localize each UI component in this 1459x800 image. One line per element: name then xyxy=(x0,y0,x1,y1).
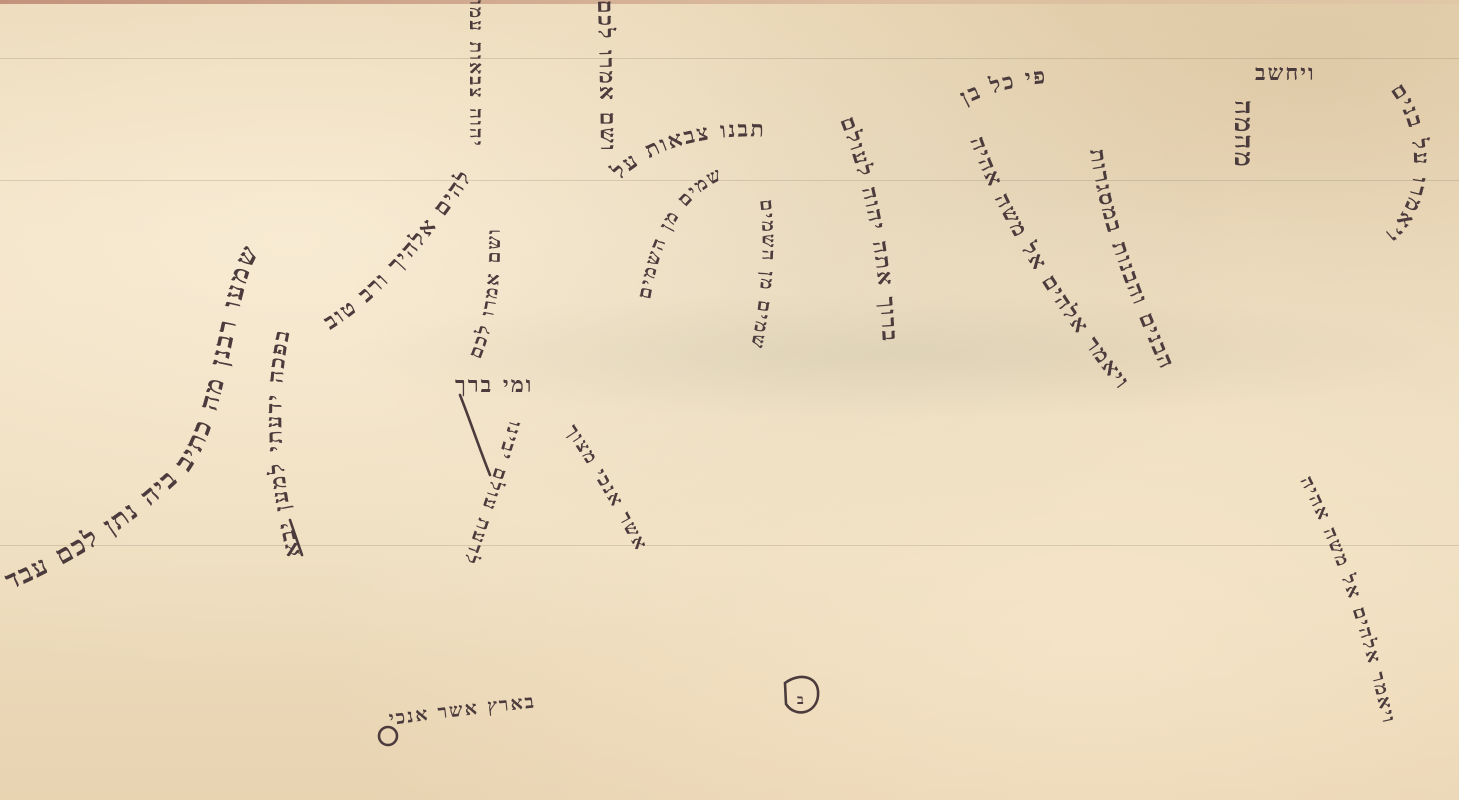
manuscript-page: שמעו רבנן מה כתיב ביה נתן לכם עבד בפכה י… xyxy=(0,0,1459,800)
micrography-center-vertical-right: ושם אמרו לכם xyxy=(592,0,621,153)
micrography-far-right-column: מהמה xyxy=(1228,100,1258,169)
micrography-arch-right: ברוך אתה יהוה לעולם xyxy=(834,113,902,344)
micrography-left-loop-inner: בפכה ידעתי למען יבא xyxy=(261,326,306,560)
micrography-center-bottom: ומי ברך xyxy=(455,372,533,398)
micrography-arch-inner: שמים מן השמים xyxy=(746,198,780,351)
micrography-arch-left: שמים מן השמים xyxy=(633,163,726,301)
terminal-circle xyxy=(379,727,397,745)
micrography-center-vertical-left: יהוה צבאות עמו xyxy=(465,0,487,148)
micrography-far-right-curl: ויאמרו על בנים xyxy=(1379,79,1434,250)
micrography-arch-top: תבנו צבאות על xyxy=(606,116,766,185)
micrography-center-knot-b: ושם אמרו לכם xyxy=(464,227,505,361)
micrography-triangle-base: בארץ אשר אנכי xyxy=(388,690,537,730)
micrography-left-loop-outer: שמעו רבנן מה כתיב ביה נתן לכם עבד xyxy=(1,240,266,597)
micrography-far-right-top: ויחשב xyxy=(1255,60,1316,86)
micrography-far-right-tail: ויאמר אלהים אל משה אהיה xyxy=(1296,472,1401,726)
micrography-right-arch-top: פי כל בן xyxy=(956,63,1049,110)
micrography-triangle-left: לדעת עולם יבינו xyxy=(459,418,527,568)
pen-flourish xyxy=(460,395,490,475)
micrography-figure: שמעו רבנן מה כתיב ביה נתן לכם עבד בפכה י… xyxy=(0,0,1459,800)
micrography-triangle-right: אשר אנכי מצוך xyxy=(561,420,652,554)
circled-mark-letter: ב xyxy=(797,692,806,708)
